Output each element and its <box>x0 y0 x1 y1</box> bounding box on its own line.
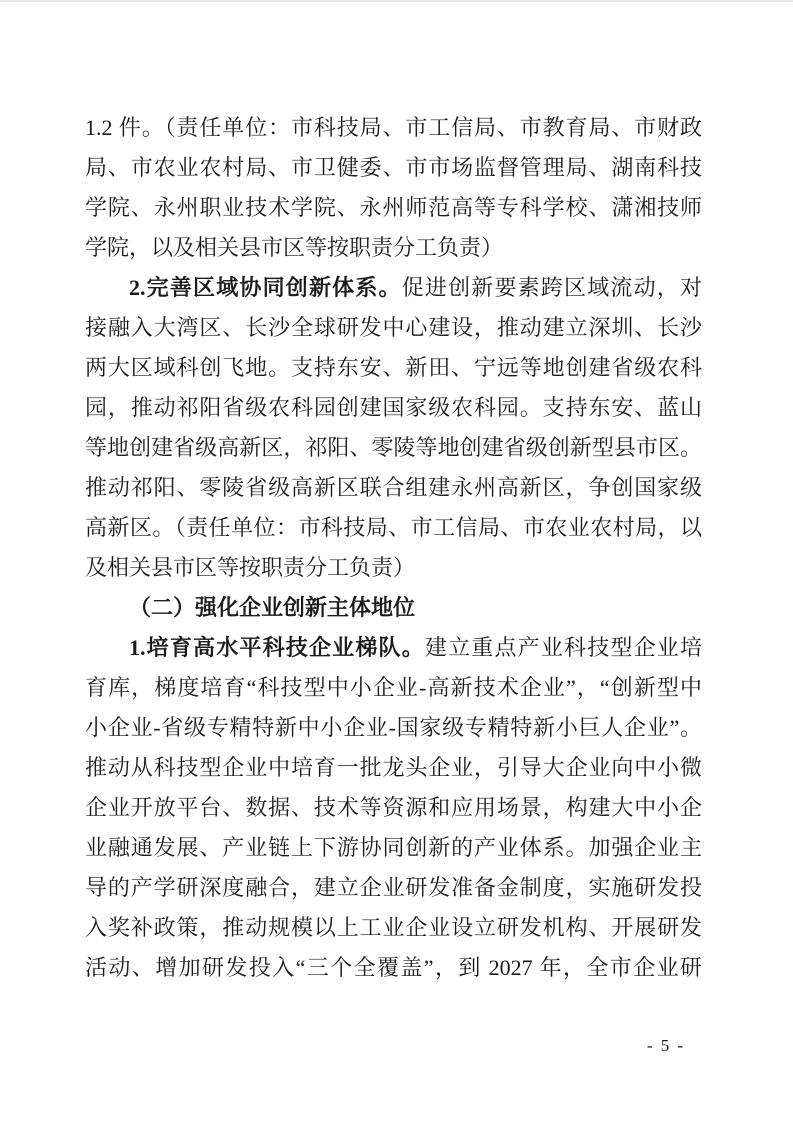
bold-text-segment: （二）强化企业创新主体地位 <box>129 595 415 620</box>
text-line: 推动祁阳、零陵省级高新区联合组建永州高新区，争创国家级 <box>85 468 702 508</box>
text-line: 推动从科技型企业中培育一批龙头企业，引导大企业向中小微 <box>85 748 702 788</box>
text-line: 1.2 件。（责任单位：市科技局、市工信局、市教育局、市财政 <box>85 108 702 148</box>
text-line: 小企业-省级专精特新中小企业-国家级专精特新小巨人企业”。 <box>85 708 702 748</box>
body-text-segment: 业融通发展、产业链上下游协同创新的产业体系。加强企业主 <box>85 835 702 860</box>
section-heading: （二）强化企业创新主体地位 <box>85 588 702 628</box>
body-text-segment: 促进创新要素跨区域流动，对 <box>402 275 702 300</box>
text-line: 入奖补政策，推动规模以上工业企业设立研发机构、开展研发 <box>85 908 702 948</box>
body-text-segment: 学院、永州职业技术学院、永州师范高等专科学校、潇湘技师 <box>85 195 702 220</box>
document-body: 1.2 件。（责任单位：市科技局、市工信局、市教育局、市财政局、市农业农村局、市… <box>85 108 702 988</box>
text-line: 活动、增加研发投入“三个全覆盖”，到 2027 年，全市企业研 <box>85 948 702 988</box>
bold-text-segment: 2.完善区域协同创新体系。 <box>129 275 402 300</box>
paragraph: 1.2 件。（责任单位：市科技局、市工信局、市教育局、市财政局、市农业农村局、市… <box>85 108 702 268</box>
paragraph: 1.培育高水平科技企业梯队。建立重点产业科技型企业培育库，梯度培育“科技型中小企… <box>85 628 702 988</box>
body-text-segment: 等地创建省级高新区，祁阳、零陵等地创建省级创新型县市区。 <box>85 435 702 460</box>
paragraph: 2.完善区域协同创新体系。促进创新要素跨区域流动，对接融入大湾区、长沙全球研发中… <box>85 268 702 588</box>
text-line: 园，推动祁阳省级农科园创建国家级农科园。支持东安、蓝山 <box>85 388 702 428</box>
body-text-segment: 推动从科技型企业中培育一批龙头企业，引导大企业向中小微 <box>85 755 702 780</box>
body-text-segment: 企业开放平台、数据、技术等资源和应用场景，构建大中小企 <box>85 795 702 820</box>
body-text-segment: 活动、增加研发投入“三个全覆盖”，到 2027 年，全市企业研 <box>85 955 702 980</box>
body-text-segment: 育库，梯度培育“科技型中小企业-高新技术企业”，“创新型中 <box>85 675 702 700</box>
text-line: 及相关县市区等按职责分工负责） <box>85 548 702 588</box>
text-line: 学院，以及相关县市区等按职责分工负责） <box>85 228 702 268</box>
text-line: 业融通发展、产业链上下游协同创新的产业体系。加强企业主 <box>85 828 702 868</box>
body-text-segment: 小企业-省级专精特新中小企业-国家级专精特新小巨人企业”。 <box>85 715 702 740</box>
body-text-segment: 学院，以及相关县市区等按职责分工负责） <box>85 235 503 260</box>
text-line: 接融入大湾区、长沙全球研发中心建设，推动建立深圳、长沙 <box>85 308 702 348</box>
text-line: 两大区域科创飞地。支持东安、新田、宁远等地创建省级农科 <box>85 348 702 388</box>
text-line: 1.培育高水平科技企业梯队。建立重点产业科技型企业培 <box>85 628 702 668</box>
text-line: 2.完善区域协同创新体系。促进创新要素跨区域流动，对 <box>85 268 702 308</box>
text-line: 局、市农业农村局、市卫健委、市市场监督管理局、湖南科技 <box>85 148 702 188</box>
text-line: 企业开放平台、数据、技术等资源和应用场景，构建大中小企 <box>85 788 702 828</box>
body-text-segment: 园，推动祁阳省级农科园创建国家级农科园。支持东安、蓝山 <box>85 395 702 420</box>
body-text-segment: 建立重点产业科技型企业培 <box>425 635 702 660</box>
text-line: （二）强化企业创新主体地位 <box>85 588 702 628</box>
page-number: - 5 - <box>626 1033 706 1059</box>
text-line: 学院、永州职业技术学院、永州师范高等专科学校、潇湘技师 <box>85 188 702 228</box>
body-text-segment: 导的产学研深度融合，建立企业研发准备金制度，实施研发投 <box>85 875 702 900</box>
body-text-segment: 推动祁阳、零陵省级高新区联合组建永州高新区，争创国家级 <box>85 475 702 500</box>
bold-text-segment: 1.培育高水平科技企业梯队。 <box>129 635 425 660</box>
text-line: 高新区。（责任单位：市科技局、市工信局、市农业农村局，以 <box>85 508 702 548</box>
body-text-segment: 接融入大湾区、长沙全球研发中心建设，推动建立深圳、长沙 <box>85 315 702 340</box>
text-line: 等地创建省级高新区，祁阳、零陵等地创建省级创新型县市区。 <box>85 428 702 468</box>
body-text-segment: 两大区域科创飞地。支持东安、新田、宁远等地创建省级农科 <box>85 355 702 380</box>
body-text-segment: 高新区。（责任单位：市科技局、市工信局、市农业农村局，以 <box>85 515 702 540</box>
body-text-segment: 1.2 件。（责任单位：市科技局、市工信局、市教育局、市财政 <box>85 115 702 140</box>
body-text-segment: 局、市农业农村局、市卫健委、市市场监督管理局、湖南科技 <box>85 155 702 180</box>
document-page: 1.2 件。（责任单位：市科技局、市工信局、市教育局、市财政局、市农业农村局、市… <box>0 0 793 1122</box>
text-line: 育库，梯度培育“科技型中小企业-高新技术企业”，“创新型中 <box>85 668 702 708</box>
body-text-segment: 及相关县市区等按职责分工负责） <box>85 555 415 580</box>
text-line: 导的产学研深度融合，建立企业研发准备金制度，实施研发投 <box>85 868 702 908</box>
scan-edge-artifact <box>0 0 793 2</box>
body-text-segment: 入奖补政策，推动规模以上工业企业设立研发机构、开展研发 <box>85 915 702 940</box>
